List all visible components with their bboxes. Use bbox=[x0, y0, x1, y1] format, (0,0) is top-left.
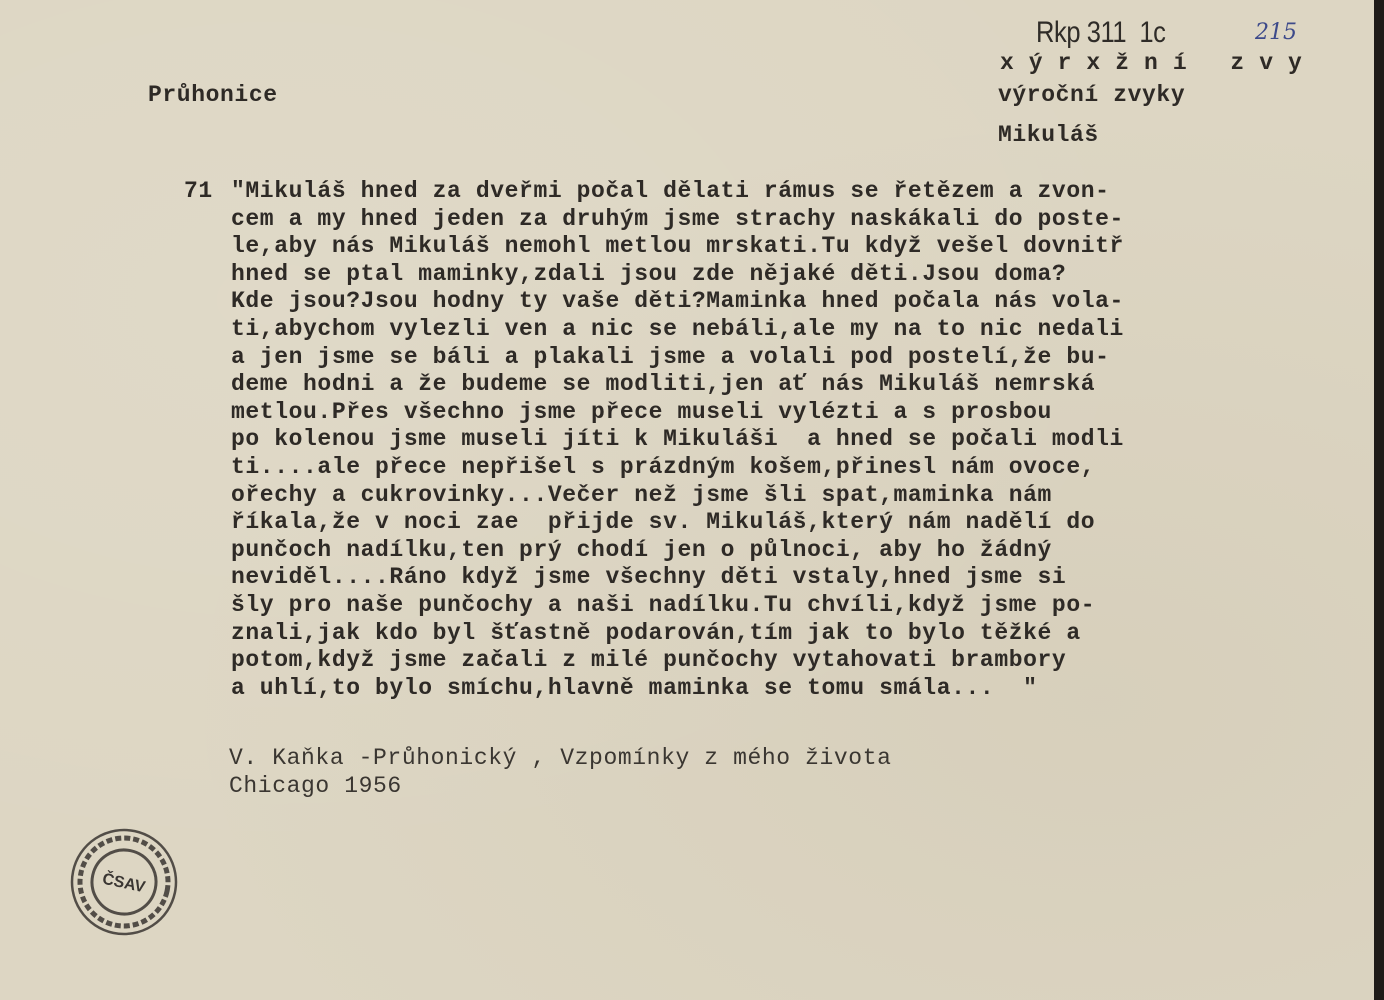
body-line: cem a my hned jeden za druhým jsme strac… bbox=[231, 206, 1124, 234]
body-line: deme hodni a že budeme se modliti,jen ať… bbox=[231, 371, 1124, 399]
entry-number: 71 bbox=[184, 178, 213, 204]
category-label: výroční zvyky bbox=[998, 82, 1185, 108]
body-line: a uhlí,to bylo smíchu,hlavně maminka se … bbox=[231, 675, 1124, 703]
archive-card: Rkp 311 1c 215 x ý r x ž n í z v y Průho… bbox=[0, 0, 1374, 1000]
shelfmark: Rkp 311 1c bbox=[1036, 16, 1166, 50]
body-line: hned se ptal maminky,zdali jsou zde něja… bbox=[231, 261, 1124, 289]
struck-heading: x ý r x ž n í z v y bbox=[1000, 50, 1302, 76]
body-line: punčoch nadílku,ten prý chodí jen o půln… bbox=[231, 537, 1124, 565]
body-line: "Mikuláš hned za dveřmi počal dělati rám… bbox=[231, 178, 1124, 206]
handwritten-folio-number: 215 bbox=[1255, 20, 1297, 45]
body-line: po kolenou jsme museli jíti k Mikuláši a… bbox=[231, 426, 1124, 454]
source-citation: V. Kaňka -Průhonický , Vzpomínky z mého … bbox=[229, 745, 892, 771]
page-edge-shadow bbox=[1374, 0, 1384, 1000]
body-line: znali,jak kdo byl šťastně podarován,tím … bbox=[231, 620, 1124, 648]
body-line: le,aby nás Mikuláš nemohl metlou mrskati… bbox=[231, 233, 1124, 261]
subcategory-label: Mikuláš bbox=[998, 122, 1099, 148]
source-place-year: Chicago 1956 bbox=[229, 773, 402, 799]
location-label: Průhonice bbox=[148, 82, 278, 108]
body-line: potom,když jsme začali z milé punčochy v… bbox=[231, 647, 1124, 675]
body-line: Kde jsou?Jsou hodny ty vaše děti?Maminka… bbox=[231, 288, 1124, 316]
body-line: neviděl....Ráno když jsme všechny děti v… bbox=[231, 564, 1124, 592]
body-text: "Mikuláš hned za dveřmi počal dělati rám… bbox=[231, 178, 1124, 702]
stamp-text: ČSAV bbox=[101, 869, 148, 897]
body-line: ti....ale přece nepřišel s prázdným koše… bbox=[231, 454, 1124, 482]
body-line: metlou.Přes všechno jsme přece museli vy… bbox=[231, 399, 1124, 427]
body-line: a jen jsme se báli a plakali jsme a vola… bbox=[231, 344, 1124, 372]
body-line: říkala,že v noci zae přijde sv. Mikuláš,… bbox=[231, 509, 1124, 537]
institution-stamp-icon: ČSAV bbox=[62, 826, 186, 938]
body-line: šly pro naše punčochy a naši nadílku.Tu … bbox=[231, 592, 1124, 620]
body-line: ti,abychom vylezli ven a nic se nebáli,a… bbox=[231, 316, 1124, 344]
body-line: ořechy a cukrovinky...Večer než jsme šli… bbox=[231, 482, 1124, 510]
